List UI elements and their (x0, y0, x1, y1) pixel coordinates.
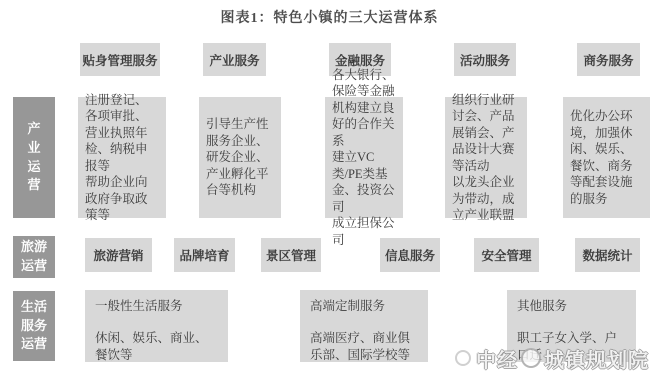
life-cell-premium-heading: 高端定制服务 (310, 298, 418, 315)
life-cell-premium: 高端定制服务 高端医疗、商业俱乐部、国际学校等 (300, 290, 428, 362)
tourism-cell-statistics: 数据统计 (575, 238, 640, 272)
life-cell-other-body: 职工子女入学、户口迁 (517, 330, 626, 364)
life-cell-general: 一般性生活服务 休闲、娱乐、商业、餐饮等 (85, 290, 228, 362)
tourism-cell-information: 信息服务 (380, 238, 440, 272)
life-cell-other: 其他服务 职工子女入学、户口迁 (507, 290, 636, 362)
watermark-swirl-icon (455, 350, 471, 366)
row-label-life-service-operation: 生活 服务 运营 (13, 291, 55, 361)
column-header-business-services: 商务服务 (577, 43, 640, 76)
column-header-personal-management-services: 贴身管理服务 (80, 43, 160, 76)
industry-cell-business: 优化办公环境，加强休闲、娱乐、餐饮、商务等配套设施的服务 (563, 97, 650, 218)
tourism-cell-marketing: 旅游营销 (85, 238, 152, 272)
tourism-cell-brand: 品牌培育 (174, 238, 235, 272)
tourism-cell-safety: 安全管理 (474, 238, 539, 272)
diagram-canvas: 图表1：特色小镇的三大运营体系 贴身管理服务 产业服务 金融服务 活动服务 商务… (0, 0, 659, 380)
row-label-tourism-operation: 旅游 运营 (13, 236, 55, 278)
life-cell-general-body: 休闲、娱乐、商业、餐饮等 (95, 330, 218, 364)
industry-cell-management: 注册登记、各项审批、营业执照年检、纳税申报等 帮助企业向政府争取政策等 (78, 97, 166, 218)
industry-cell-finance: 各大银行、保险等金融机构建立良好的合作关系 建立VC类/PE类基金、投资公司 成… (325, 97, 403, 218)
life-cell-premium-body: 高端医疗、商业俱乐部、国际学校等 (310, 330, 418, 364)
row-label-industry-operation: 产 业 运 营 (13, 97, 55, 218)
tourism-cell-scenic-area: 景区管理 (261, 238, 321, 272)
column-header-industry-services: 产业服务 (203, 43, 266, 76)
life-cell-general-heading: 一般性生活服务 (95, 298, 218, 315)
industry-cell-activity: 组织行业研讨会、产品展销会、产品设计大赛等活动 以龙头企业为带动，成立产业联盟 (445, 97, 527, 218)
industry-cell-industry: 引导生产性服务企业、研发企业、产业孵化平台等机构 (199, 97, 281, 218)
life-cell-other-heading: 其他服务 (517, 298, 626, 315)
column-header-activity-services: 活动服务 (454, 43, 516, 76)
diagram-title: 图表1：特色小镇的三大运营体系 (0, 7, 659, 27)
